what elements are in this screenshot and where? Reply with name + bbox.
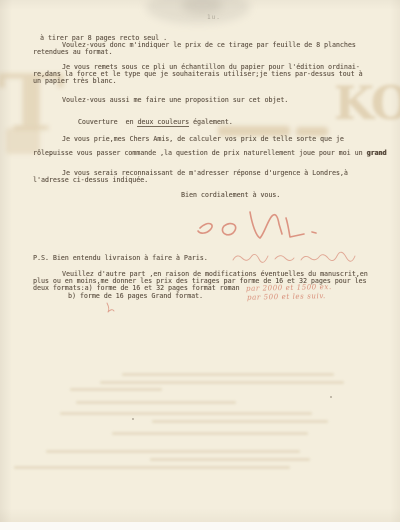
ghost-text-line xyxy=(46,450,300,453)
letter-line-grand: puisse vous passer commande ,la question… xyxy=(33,143,386,164)
ghost-text-line xyxy=(100,381,344,384)
ghost-text-line xyxy=(60,412,312,415)
letter-line-segment: également. xyxy=(189,118,233,126)
letter-line-segment: puisse vous passer commande ,la question… xyxy=(49,149,367,157)
letter-line: retendues au format. xyxy=(33,49,112,56)
faint-pencil-mark: 1u. xyxy=(207,14,221,21)
ghost-text-line xyxy=(122,373,334,376)
letter-line: un papier très blanc. xyxy=(33,78,116,85)
letter-line: Voulez-vous aussi me faire une propositi… xyxy=(62,97,288,104)
ps-line: P.S. Bien entendu livraison à faire à Pa… xyxy=(33,255,208,262)
signature-scrawl xyxy=(186,210,321,246)
ghost-text-line xyxy=(152,420,328,423)
emphasized-text: grand xyxy=(366,149,386,157)
ghost-text-line xyxy=(112,432,308,435)
ps-line: deux formats:a) forme de 16 et 32 pages … xyxy=(33,285,239,292)
letter-line: Je vous prie,mes Chers Amis, de calculer… xyxy=(62,136,344,143)
letter-line-segment: Couverture en xyxy=(78,118,138,126)
paper-speck xyxy=(132,418,134,420)
ghost-text-line xyxy=(76,401,236,404)
ps-line: b) forme de 16 pages Grand format. xyxy=(68,293,203,300)
ghost-text-line xyxy=(14,466,290,469)
letter-page: T KO 1u. à tirer par 8 pages recto seul … xyxy=(0,0,400,522)
red-check-mark xyxy=(104,301,116,315)
ps-handwritten-note xyxy=(231,251,366,265)
letter-line-couverture: Couverture en deux couleurs également. xyxy=(62,112,233,133)
ghost-bleedthrough-right-letters: KO xyxy=(334,76,400,130)
underlined-text: deux couleurs xyxy=(137,118,189,127)
red-annotation-grand-format: par 500 et les suiv. xyxy=(247,292,326,302)
closing-line: Bien cordialement à vous. xyxy=(181,192,280,199)
letter-line: rôle. xyxy=(33,150,53,157)
scan-background-strip xyxy=(0,522,400,530)
letter-line: l'adresse ci-dessus indiquée. xyxy=(33,177,148,184)
ghost-text-line xyxy=(70,388,162,391)
ghost-text-line xyxy=(150,458,310,461)
paper-speck xyxy=(330,396,332,398)
